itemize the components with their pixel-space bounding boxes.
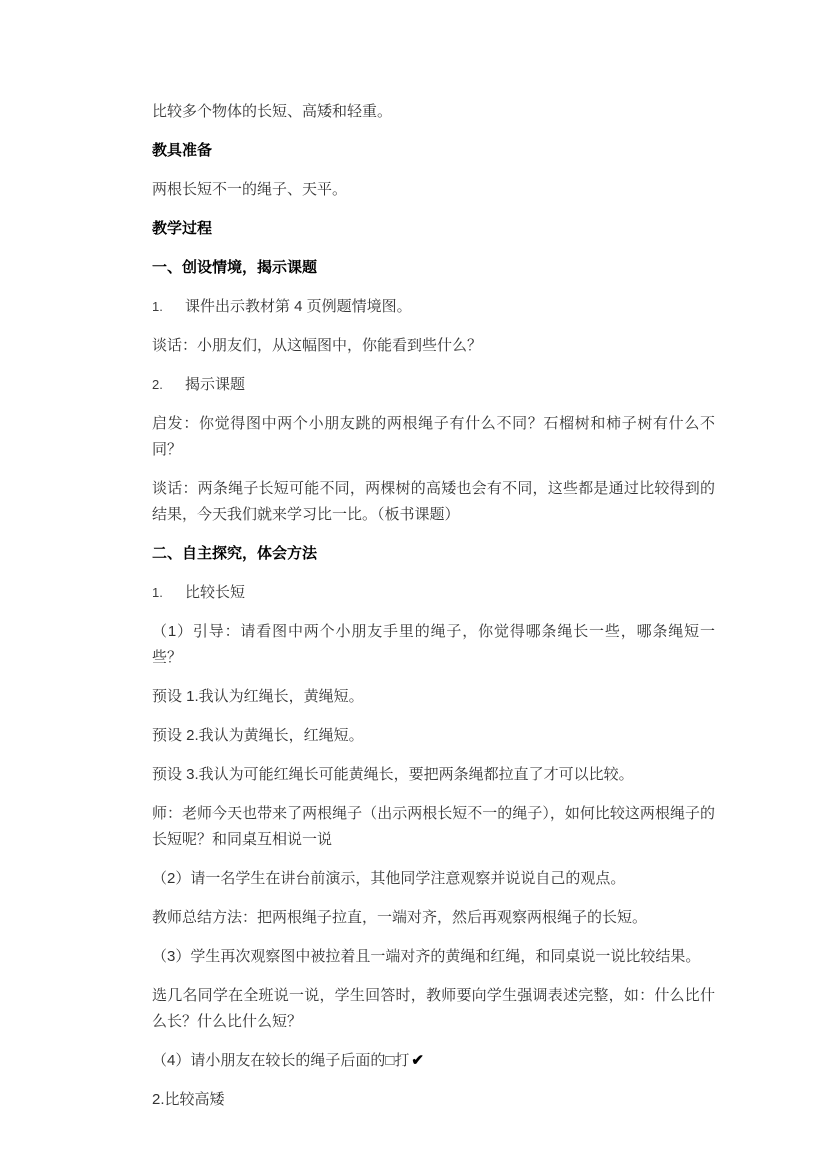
- list-item-text: 比较长短: [185, 580, 715, 606]
- paragraph-with-checkbox: （4）请小朋友在较长的绳子后面的□打✔: [152, 1048, 715, 1074]
- paragraph: 2.比较高矮: [152, 1087, 715, 1113]
- list-item-text: 课件出示教材第 4 页例题情境图。: [185, 294, 715, 320]
- list-number: 2.: [152, 372, 185, 398]
- paragraph: 谈话：两条绳子长短可能不同，两棵树的高矮也会有不同，这些都是通过比较得到的结果，…: [152, 476, 715, 528]
- numbered-item: 2. 揭示课题: [152, 372, 715, 398]
- section-heading: 二、自主探究，体会方法: [152, 541, 715, 567]
- paragraph-text: （4）请小朋友在较长的绳子后面的□打: [152, 1052, 409, 1069]
- list-item-text: 揭示课题: [185, 372, 715, 398]
- paragraph: 两根长短不一的绳子、天平。: [152, 177, 715, 203]
- numbered-item: 1. 比较长短: [152, 580, 715, 606]
- section-heading: 教学过程: [152, 216, 715, 242]
- section-heading: 一、创设情境，揭示课题: [152, 255, 715, 281]
- document-page: 比较多个物体的长短、高矮和轻重。 教具准备 两根长短不一的绳子、天平。 教学过程…: [0, 0, 827, 1170]
- paragraph: 选几名同学在全班说一说，学生回答时，教师要向学生强调表述完整，如：什么比什么长？…: [152, 983, 715, 1035]
- paragraph: 启发：你觉得图中两个小朋友跳的两根绳子有什么不同？石榴树和柿子树有什么不同？: [152, 411, 715, 463]
- list-number: 1.: [152, 580, 185, 606]
- list-number: 1.: [152, 294, 185, 320]
- paragraph: 谈话：小朋友们，从这幅图中，你能看到些什么？: [152, 333, 715, 359]
- paragraph: 预设 3.我认为可能红绳长可能黄绳长，要把两条绳都拉直了才可以比较。: [152, 762, 715, 788]
- checkmark-glyph: ✔: [411, 1052, 424, 1069]
- paragraph: 教师总结方法：把两根绳子拉直，一端对齐，然后再观察两根绳子的长短。: [152, 905, 715, 931]
- paragraph: （2）请一名学生在讲台前演示，其他同学注意观察并说说自己的观点。: [152, 866, 715, 892]
- paragraph: 比较多个物体的长短、高矮和轻重。: [152, 99, 715, 125]
- paragraph: （3）学生再次观察图中被拉着且一端对齐的黄绳和红绳，和同桌说一说比较结果。: [152, 944, 715, 970]
- paragraph: 师：老师今天也带来了两根绳子（出示两根长短不一的绳子），如何比较这两根绳子的长短…: [152, 801, 715, 853]
- paragraph: 预设 1.我认为红绳长，黄绳短。: [152, 684, 715, 710]
- numbered-item: 1. 课件出示教材第 4 页例题情境图。: [152, 294, 715, 320]
- paragraph: （1）引导：请看图中两个小朋友手里的绳子，你觉得哪条绳长一些，哪条绳短一些？: [152, 619, 715, 671]
- paragraph: 预设 2.我认为黄绳长，红绳短。: [152, 723, 715, 749]
- section-heading: 教具准备: [152, 138, 715, 164]
